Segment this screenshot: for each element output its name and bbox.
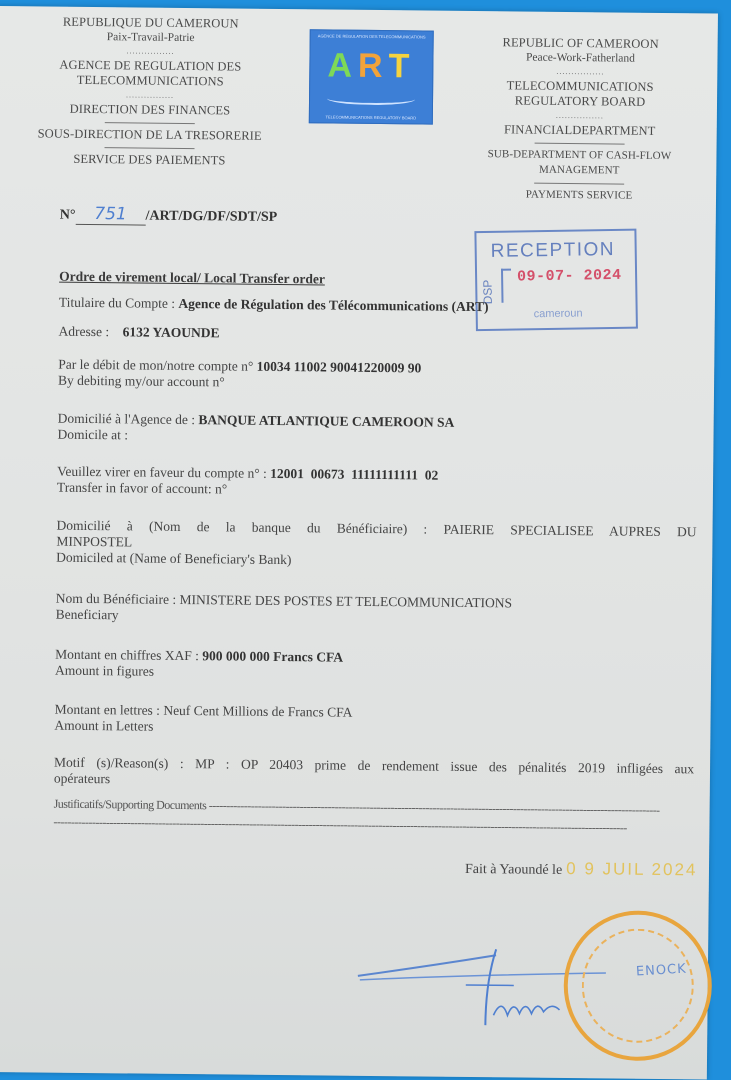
amount-letters-label-fr: Montant en lettres : [55, 702, 161, 718]
stamp-bracket [501, 269, 512, 303]
direction-fr: DIRECTION DES FINANCES [25, 101, 275, 119]
account-holder-label: Titulaire du Compte : [59, 295, 175, 311]
motto-en: Peace-Work-Fatherland [485, 50, 675, 66]
sub-direction-fr: SOUS-DIRECTION DE LA TRESORERIE [25, 126, 275, 144]
beneficiary-row: Nom du Bénéficiaire : MINISTERE DES POST… [56, 591, 696, 630]
reference-number: N°751/ART/DG/DF/SDT/SP [60, 204, 278, 227]
supporting-documents-label: Justificatifs/Supporting Documents [54, 797, 207, 813]
motto-fr: Paix-Travail-Patrie [26, 29, 276, 46]
separator: ................ [25, 45, 275, 58]
divider [535, 143, 625, 145]
divider [534, 183, 624, 185]
beneficiary-label-fr: Nom du Bénéficiaire : [56, 591, 176, 607]
art-logo: AGENCE DE REGULATION DES TELECOMMUNICATI… [309, 29, 434, 124]
place-date-label: Fait à Yaoundé le [465, 862, 562, 878]
reception-stamp-title: RECEPTION [491, 239, 616, 263]
sub-department-en-line2: MANAGEMENT [484, 162, 674, 179]
beneficiary-bank-row: Domicilié à (Nom de la banque du Bénéfic… [56, 518, 696, 573]
transfer-label-fr: Veuillez virer en faveur du compte n° : [57, 464, 267, 481]
debit-account-row: Par le débit de mon/notre compte n° 1003… [58, 357, 698, 396]
logo-caption-top: AGENCE DE REGULATION DES TELECOMMUNICATI… [314, 30, 430, 39]
separator: ................ [25, 89, 275, 102]
domicile-row: Domicilié à l'Agence de : BANQUE ATLANTI… [57, 411, 697, 450]
logo-caption-bottom: TELECOMMUNICATIONS REGULATORY BOARD [326, 114, 417, 123]
beneficiary-value: MINISTERE DES POSTES ET TELECOMMUNICATIO… [179, 592, 512, 610]
address-value: 6132 YAOUNDE [123, 324, 220, 340]
service-en: PAYMENTS SERVICE [484, 187, 674, 204]
country-fr: REPUBLIQUE DU CAMEROUN [26, 14, 276, 32]
domicile-value: BANQUE ATLANTIQUE CAMEROON SA [198, 412, 454, 430]
domicile-label-fr: Domicilié à l'Agence de : [58, 411, 196, 427]
divider [105, 147, 195, 149]
reference-prefix: N° [60, 208, 76, 223]
agency-fr-line1: AGENCE DE REGULATION DES [25, 57, 275, 75]
amount-figures-row: Montant en chiffres XAF : 900 000 000 Fr… [55, 647, 695, 686]
agency-en-line2: REGULATORY BOARD [485, 93, 675, 110]
transfer-account-value: 12001 00673 11111111111 02 [270, 466, 438, 483]
debit-label-fr: Par le débit de mon/notre compte n° [58, 357, 253, 374]
country-en: REPUBLIC OF CAMEROON [486, 35, 676, 52]
account-holder-value: Agence de Régulation des Télécommunicati… [178, 296, 488, 314]
service-fr: SERVICE DES PAIEMENTS [24, 151, 274, 169]
sub-department-en-line1: SUB-DEPARTMENT OF CASH-FLOW [484, 147, 674, 164]
debit-account-value: 10034 11002 90041220009 90 [257, 359, 422, 376]
seal-handwriting: ENOCK [636, 962, 688, 980]
document-title: Ordre de virement local/ Local Transfer … [59, 269, 325, 288]
open-book-icon [327, 92, 415, 105]
department-en: FINANCIALDEPARTMENT [485, 122, 675, 139]
dash-fill: ----------------------------------------… [209, 798, 660, 818]
transfer-order-document: REPUBLIQUE DU CAMEROUN Paix-Travail-Patr… [0, 6, 718, 1080]
agency-en-line1: TELECOMMUNICATIONS [485, 78, 675, 95]
address-label: Adresse : [59, 324, 110, 340]
separator: ................ [485, 110, 675, 122]
amount-figures-label-fr: Montant en chiffres XAF : [55, 647, 199, 664]
reference-handwritten-number: 751 [75, 204, 145, 226]
beneficiary-bank-value-line1: PAIERIE SPECIALISEE AUPRES DU [443, 522, 696, 540]
reception-stamp-date: 09-07- 2024 [517, 267, 622, 286]
amount-letters-value: Neuf Cent Millions de Francs CFA [163, 703, 352, 720]
dash-line: ----------------------------------------… [53, 815, 659, 836]
amount-letters-row: Montant en lettres : Neuf Cent Millions … [54, 702, 694, 741]
header-right: REPUBLIC OF CAMEROON Peace-Work-Fatherla… [484, 35, 676, 204]
separator: ................ [485, 66, 675, 78]
official-seal [563, 910, 713, 1062]
divider [105, 122, 195, 124]
header-left: REPUBLIQUE DU CAMEROUN Paix-Travail-Patr… [24, 14, 276, 169]
reference-suffix: /ART/DG/DF/SDT/SP [145, 209, 277, 225]
reason-row: Motif (s)/Reason(s) : MP : OP 20403 prim… [54, 755, 694, 794]
amount-figures-value: 900 000 000 Francs CFA [202, 648, 343, 664]
logo-text: ART [327, 48, 415, 83]
date-stamp: 0 9 JUIL 2024 [566, 859, 697, 879]
agency-fr-line2: TELECOMMUNICATIONS [25, 72, 275, 90]
transfer-account-row: Veuillez virer en faveur du compte n° : … [57, 464, 697, 503]
place-date: Fait à Yaoundé le0 9 JUIL 2024 [465, 858, 698, 880]
